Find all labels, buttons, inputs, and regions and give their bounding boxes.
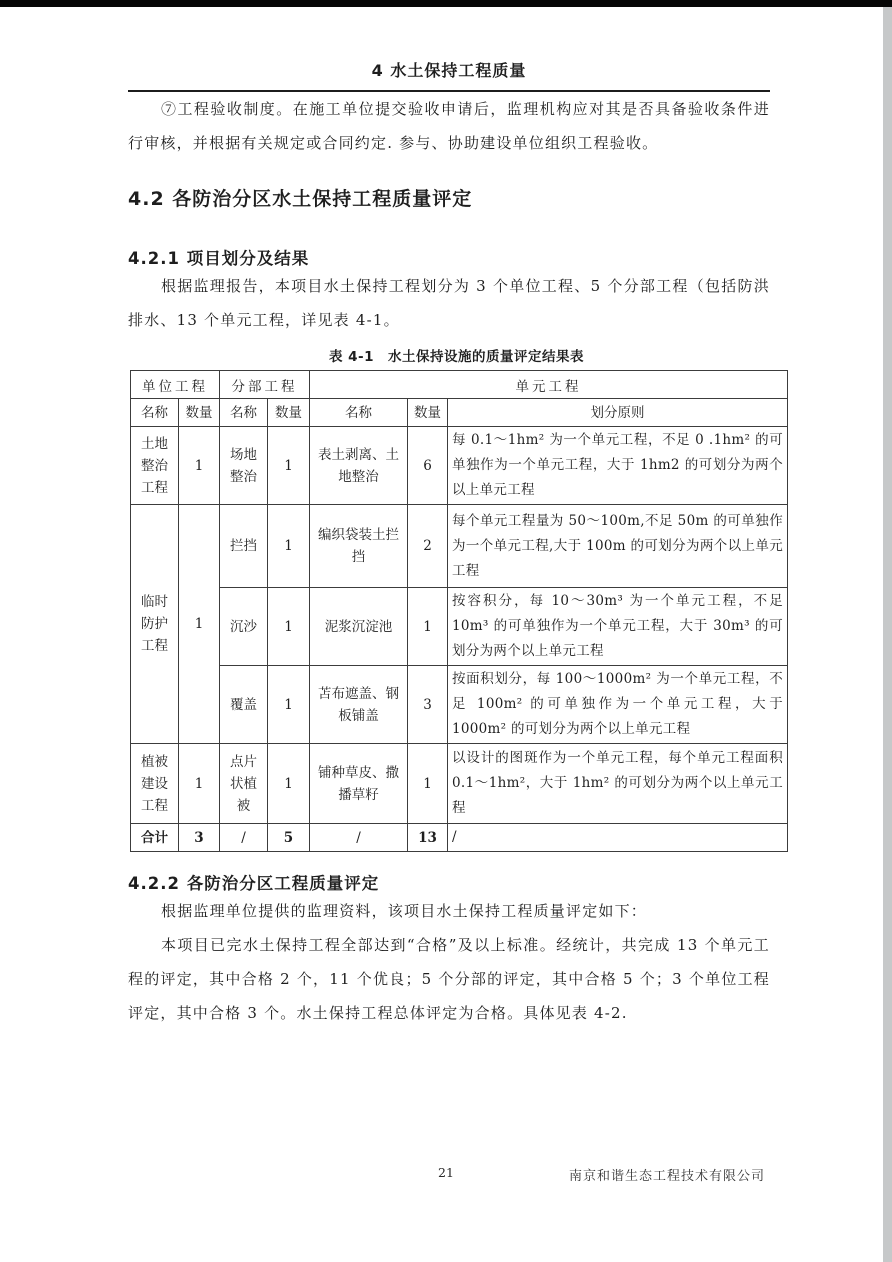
table-caption: 表 4-1 水土保持设施的质量评定结果表 xyxy=(128,345,785,365)
cell-elem-name: 编织袋装土拦挡 xyxy=(310,505,408,588)
paragraph-evaluation-result: 本项目已完水土保持工程全部达到“合格”及以上标准。经统计，共完成 13 个单元工… xyxy=(128,928,770,1030)
col-group-element-project: 单元工程 xyxy=(310,371,788,399)
heading-4-2: 4.2 各防治分区水土保持工程质量评定 xyxy=(128,184,770,211)
cell-total-div-qty: 5 xyxy=(268,824,310,852)
col-group-unit-project: 单位工程 xyxy=(131,371,220,399)
table-row-sedimentation: 沉沙 1 泥浆沉淀池 1 按容积分，每 10～30m³ 为一个单元工程，不足 1… xyxy=(131,588,788,666)
table-sub-header-row: 名称 数量 名称 数量 名称 数量 划分原则 xyxy=(131,399,788,427)
heading-4-2-1: 4.2.1 项目划分及结果 xyxy=(128,245,770,269)
cell-total-label: 合计 xyxy=(131,824,179,852)
cell-elem-name: 泥浆沉淀池 xyxy=(310,588,408,666)
table-row-vegetation: 植被建设工程 1 点片状植被 1 铺种草皮、撒播草籽 1 以设计的图斑作为一个单… xyxy=(131,744,788,824)
paragraph-project-division: 根据监理报告，本项目水土保持工程划分为 3 个单位工程、5 个分部工程（包括防洪… xyxy=(128,269,770,337)
paragraph-acceptance-system: ⑦工程验收制度。在施工单位提交验收申请后，监理机构应对其是否具备验收条件进行审核… xyxy=(128,92,770,160)
cell-elem-name: 苫布遮盖、钢板铺盖 xyxy=(310,666,408,744)
cell-elem-qty: 1 xyxy=(408,744,448,824)
cell-elem-qty: 2 xyxy=(408,505,448,588)
col-header-div-name: 名称 xyxy=(220,399,268,427)
cell-unit-qty: 1 xyxy=(179,505,220,744)
table-group-header-row: 单位工程 分部工程 单元工程 xyxy=(131,371,788,399)
cell-total-unit-qty: 3 xyxy=(179,824,220,852)
table-row-covering: 覆盖 1 苫布遮盖、钢板铺盖 3 按面积划分，每 100～1000m² 为一个单… xyxy=(131,666,788,744)
col-header-unit-name: 名称 xyxy=(131,399,179,427)
cell-principle: 每 0.1～1hm² 为一个单元工程，不足 0 .1hm² 的可单独作为一个单元… xyxy=(448,427,788,505)
cell-elem-qty: 1 xyxy=(408,588,448,666)
cell-elem-qty: 3 xyxy=(408,666,448,744)
cell-unit-name: 土地整治工程 xyxy=(131,427,179,505)
cell-principle: 按容积分，每 10～30m³ 为一个单元工程，不足 10m³ 的可单独作为一个单… xyxy=(448,588,788,666)
cell-div-qty: 1 xyxy=(268,505,310,588)
scan-top-edge xyxy=(0,0,892,7)
cell-div-qty: 1 xyxy=(268,427,310,505)
cell-unit-qty: 1 xyxy=(179,427,220,505)
cell-total-elem-qty: 13 xyxy=(408,824,448,852)
col-header-principle: 划分原则 xyxy=(448,399,788,427)
col-group-division-project: 分部工程 xyxy=(220,371,310,399)
scan-right-edge xyxy=(883,7,892,1262)
col-header-elem-qty: 数量 xyxy=(408,399,448,427)
cell-principle: 按面积划分，每 100～1000m² 为一个单元工程，不足 100m² 的可单独… xyxy=(448,666,788,744)
cell-elem-qty: 6 xyxy=(408,427,448,505)
cell-div-name: 点片状植被 xyxy=(220,744,268,824)
col-header-elem-name: 名称 xyxy=(310,399,408,427)
footer-company-name: 南京和谐生态工程技术有限公司 xyxy=(569,1165,765,1184)
paragraph-evaluation-basis: 根据监理单位提供的监理资料，该项目水土保持工程质量评定如下： xyxy=(128,894,770,928)
cell-div-qty: 1 xyxy=(268,744,310,824)
cell-div-name: 覆盖 xyxy=(220,666,268,744)
col-header-unit-qty: 数量 xyxy=(179,399,220,427)
quality-evaluation-table: 单位工程 分部工程 单元工程 名称 数量 名称 数量 名称 数量 划分原则 土地… xyxy=(130,370,788,852)
cell-unit-name: 植被建设工程 xyxy=(131,744,179,824)
cell-unit-name: 临时防护工程 xyxy=(131,505,179,744)
heading-4-2-2: 4.2.2 各防治分区工程质量评定 xyxy=(128,870,770,894)
cell-total-elem-name: / xyxy=(310,824,408,852)
cell-elem-name: 铺种草皮、撒播草籽 xyxy=(310,744,408,824)
cell-principle: 每个单元工程量为 50～100m,不足 50m 的可单独作为一个单元工程,大于 … xyxy=(448,505,788,588)
document-page: 4 水土保持工程质量 ⑦工程验收制度。在施工单位提交验收申请后，监理机构应对其是… xyxy=(128,7,770,1030)
table-row-retaining: 临时防护工程 1 拦挡 1 编织袋装土拦挡 2 每个单元工程量为 50～100m… xyxy=(131,505,788,588)
cell-unit-qty: 1 xyxy=(179,744,220,824)
cell-div-qty: 1 xyxy=(268,666,310,744)
cell-div-name: 拦挡 xyxy=(220,505,268,588)
running-header: 4 水土保持工程质量 xyxy=(128,58,770,81)
cell-elem-name: 表土剥离、土地整治 xyxy=(310,427,408,505)
cell-total-principle: / xyxy=(448,824,788,852)
cell-div-name: 沉沙 xyxy=(220,588,268,666)
col-header-div-qty: 数量 xyxy=(268,399,310,427)
cell-total-div-name: / xyxy=(220,824,268,852)
cell-div-qty: 1 xyxy=(268,588,310,666)
cell-div-name: 场地整治 xyxy=(220,427,268,505)
table-row-total: 合计 3 / 5 / 13 / xyxy=(131,824,788,852)
table-row-land-remediation: 土地整治工程 1 场地整治 1 表土剥离、土地整治 6 每 0.1～1hm² 为… xyxy=(131,427,788,505)
cell-principle: 以设计的图斑作为一个单元工程，每个单元工程面积 0.1～1hm²，大于 1hm²… xyxy=(448,744,788,824)
